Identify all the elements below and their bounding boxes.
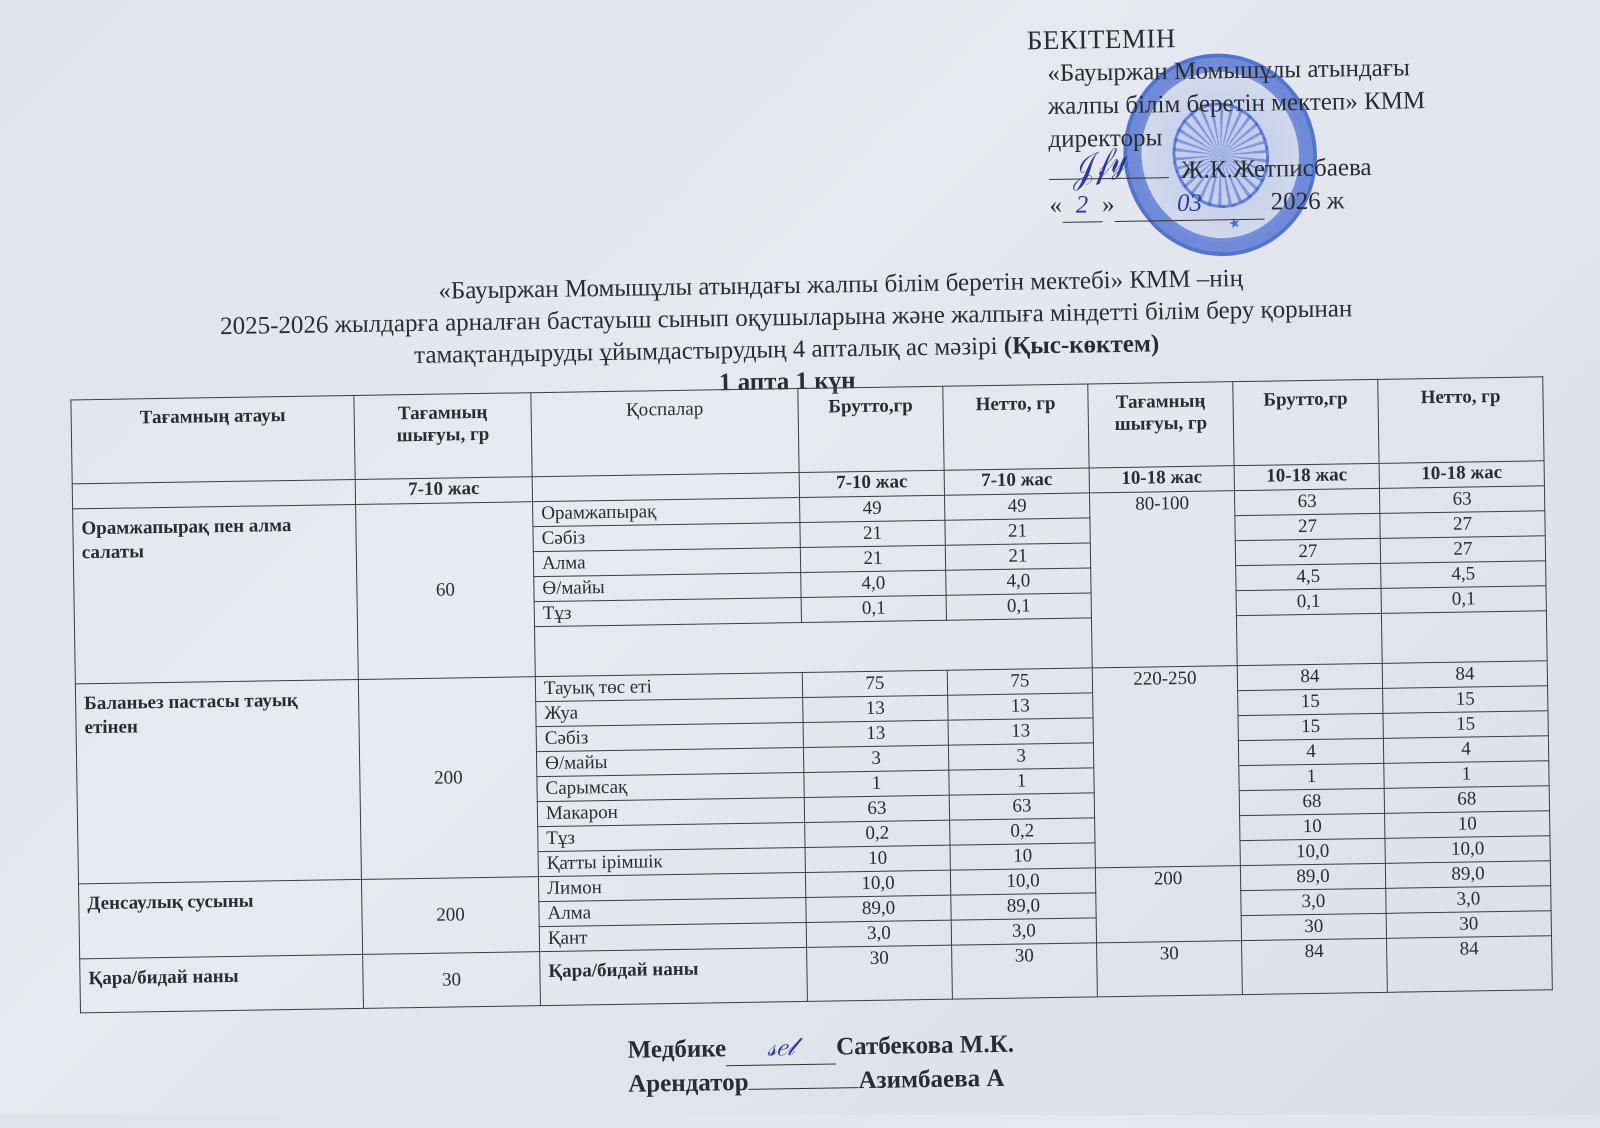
brutto-10-18: 10,0	[1240, 838, 1385, 865]
brutto-7-10: 1	[804, 770, 949, 797]
header-brutto-7-10: Брутто,гр	[798, 386, 944, 472]
dish-yield-10-18: 220-250	[1092, 666, 1240, 868]
netto-7-10: 3,0	[951, 918, 1096, 945]
brutto-7-10: 13	[803, 720, 948, 747]
brutto-7-10: 89,0	[806, 895, 951, 922]
brutto-10-18: 30	[1241, 913, 1386, 940]
netto-7-10: 3	[948, 743, 1093, 770]
netto-10-18: 63	[1379, 486, 1544, 514]
date-open-quote: «	[1049, 192, 1062, 219]
blank-cell	[1381, 611, 1547, 664]
header-netto-10-18: Нетто, гр	[1378, 377, 1544, 464]
tenant-label: Арендатор	[628, 1069, 749, 1098]
netto-10-18: 3,0	[1386, 886, 1551, 914]
brutto-7-10: 3,0	[806, 920, 951, 947]
brutto-10-18: 10	[1240, 813, 1385, 840]
netto-10-18: 84	[1387, 936, 1553, 993]
dish-yield-7-10: 60	[356, 502, 536, 680]
netto-7-10: 49	[945, 493, 1090, 520]
tenant-signature-line: АрендаторАзимбаева А	[628, 1062, 1015, 1102]
dish-yield-10-18: 200	[1095, 866, 1241, 943]
nurse-name: Сатбекова М.К.	[836, 1031, 1014, 1061]
nurse-signature-icon: 𝓈𝑒𝓁	[726, 1029, 837, 1066]
netto-7-10: 1	[949, 768, 1094, 795]
netto-7-10: 21	[945, 543, 1090, 570]
dish-yield-7-10: 200	[358, 677, 538, 880]
brutto-10-18: 27	[1235, 538, 1380, 565]
date-day: 2	[1062, 188, 1103, 223]
brutto-10-18: 63	[1234, 488, 1379, 515]
brutto-7-10: 63	[804, 795, 949, 822]
brutto-10-18: 68	[1239, 788, 1384, 815]
header-brutto-10-18: Брутто,гр	[1233, 379, 1379, 465]
season-label: (Қыс-көктем)	[1004, 330, 1160, 359]
netto-7-10: 10	[950, 843, 1095, 870]
menu-table: Тағамның атауы Тағамның шығуы, гр Қоспал…	[70, 376, 1552, 1013]
brutto-7-10: 10	[805, 845, 950, 872]
brutto-10-18: 27	[1235, 513, 1380, 540]
header-yield-10-18: Тағамның шығуы, гр	[1088, 382, 1234, 468]
brutto-7-10: 3	[803, 745, 948, 772]
brutto-7-10: 49	[800, 495, 945, 522]
netto-10-18: 15	[1383, 686, 1548, 714]
netto-10-18: 4	[1383, 736, 1548, 764]
brutto-7-10: 10,0	[805, 870, 950, 897]
brutto-10-18: 0,1	[1236, 588, 1381, 615]
netto-7-10: 0,1	[946, 593, 1091, 620]
netto-10-18: 10,0	[1385, 836, 1550, 864]
tenant-signature-blank	[749, 1087, 859, 1090]
brutto-7-10: 21	[800, 545, 945, 572]
netto-7-10: 30	[952, 943, 1098, 999]
age-cell: 7-10 жас	[799, 470, 944, 497]
netto-10-18: 68	[1384, 786, 1549, 814]
age-cell: 10-18 жас	[1089, 466, 1234, 493]
approval-block: БЕКІТЕМІН «Бауыржан Момышұлы атындағы жа…	[1047, 17, 1510, 223]
netto-7-10: 10,0	[950, 868, 1095, 895]
approval-date: «2»03 2026 ж	[1049, 182, 1509, 223]
dish-name: Орамжапырақ пен алма салаты	[73, 504, 359, 683]
ingredient-name: Қара/бидай наны	[540, 947, 808, 1005]
dish-yield-7-10: 200	[361, 877, 539, 955]
nurse-label: Медбике	[627, 1035, 726, 1064]
title-line3-text: тамақтандыруды ұйымдастырудың 4 апталық …	[414, 333, 1004, 369]
brutto-7-10: 4,0	[801, 570, 946, 597]
netto-10-18: 27	[1380, 511, 1545, 539]
menu-body: 7-10 жас 7-10 жас 7-10 жас 10-18 жас 10-…	[72, 461, 1552, 1013]
brutto-10-18: 3,0	[1241, 888, 1386, 915]
footer-signatures: Медбике𝓈𝑒𝓁Сатбекова М.К. АрендаторАзимба…	[627, 1027, 1014, 1102]
header-netto-7-10: Нетто, гр	[943, 384, 1089, 470]
netto-10-18: 15	[1383, 711, 1548, 739]
date-month: 03	[1114, 186, 1265, 222]
date-year: 2026 ж	[1270, 187, 1344, 215]
age-cell: 10-18 жас	[1234, 463, 1379, 490]
document-page: ★ БЕКІТЕМІН «Бауыржан Момышұлы атындағы …	[0, 0, 1600, 1115]
age-cell: 10-18 жас	[1379, 461, 1544, 489]
brutto-10-18: 4,5	[1236, 563, 1381, 590]
dish-name: Қара/бидай наны	[80, 954, 364, 1012]
brutto-7-10: 13	[803, 695, 948, 722]
netto-7-10: 13	[948, 718, 1093, 745]
netto-10-18: 1	[1384, 761, 1549, 789]
brutto-7-10: 0,1	[801, 595, 946, 622]
brutto-7-10: 30	[807, 945, 953, 1001]
blank-cell	[535, 618, 1093, 677]
netto-7-10: 13	[948, 693, 1093, 720]
netto-10-18: 0,1	[1381, 586, 1546, 614]
brutto-10-18: 15	[1238, 713, 1383, 740]
netto-10-18: 89,0	[1385, 861, 1550, 889]
tenant-name: Азимбаева А	[858, 1065, 1004, 1094]
netto-10-18: 10	[1385, 811, 1550, 839]
dish-yield-10-18: 80-100	[1089, 491, 1237, 668]
age-cell: 7-10 жас	[944, 468, 1089, 495]
dish-yield-10-18: 30	[1097, 941, 1243, 997]
brutto-10-18: 1	[1239, 763, 1384, 790]
blank-cell	[1236, 613, 1382, 665]
netto-7-10: 21	[945, 518, 1090, 545]
netto-7-10: 89,0	[951, 893, 1096, 920]
netto-10-18: 27	[1380, 536, 1545, 564]
netto-7-10: 63	[949, 793, 1094, 820]
brutto-10-18: 84	[1237, 663, 1382, 690]
header-dish-name: Тағамның атауы	[71, 395, 355, 483]
brutto-10-18: 4	[1238, 738, 1383, 765]
header-yield-7-10: Тағамның шығуы, гр	[354, 393, 532, 480]
brutto-7-10: 21	[800, 520, 945, 547]
date-close-quote: »	[1102, 191, 1115, 218]
age-cell: 7-10 жас	[355, 477, 532, 505]
netto-10-18: 84	[1382, 661, 1547, 689]
netto-10-18: 30	[1386, 911, 1551, 939]
dish-name: Баланьез пастасы тауық етінен	[75, 679, 361, 883]
netto-7-10: 4,0	[946, 568, 1091, 595]
brutto-7-10: 0,2	[805, 820, 950, 847]
dish-yield-7-10: 30	[363, 952, 541, 1009]
netto-7-10: 75	[947, 668, 1092, 695]
brutto-7-10: 75	[802, 670, 947, 697]
netto-10-18: 4,5	[1381, 561, 1546, 589]
netto-7-10: 0,2	[950, 818, 1095, 845]
header-ingredients: Қоспалар	[531, 389, 799, 477]
dish-name: Денсаулық сусыны	[78, 879, 362, 958]
brutto-10-18: 15	[1238, 688, 1383, 715]
brutto-10-18: 89,0	[1240, 863, 1385, 890]
brutto-10-18: 84	[1242, 938, 1388, 994]
director-name: Ж.К.Жетписбаева	[1181, 154, 1372, 184]
